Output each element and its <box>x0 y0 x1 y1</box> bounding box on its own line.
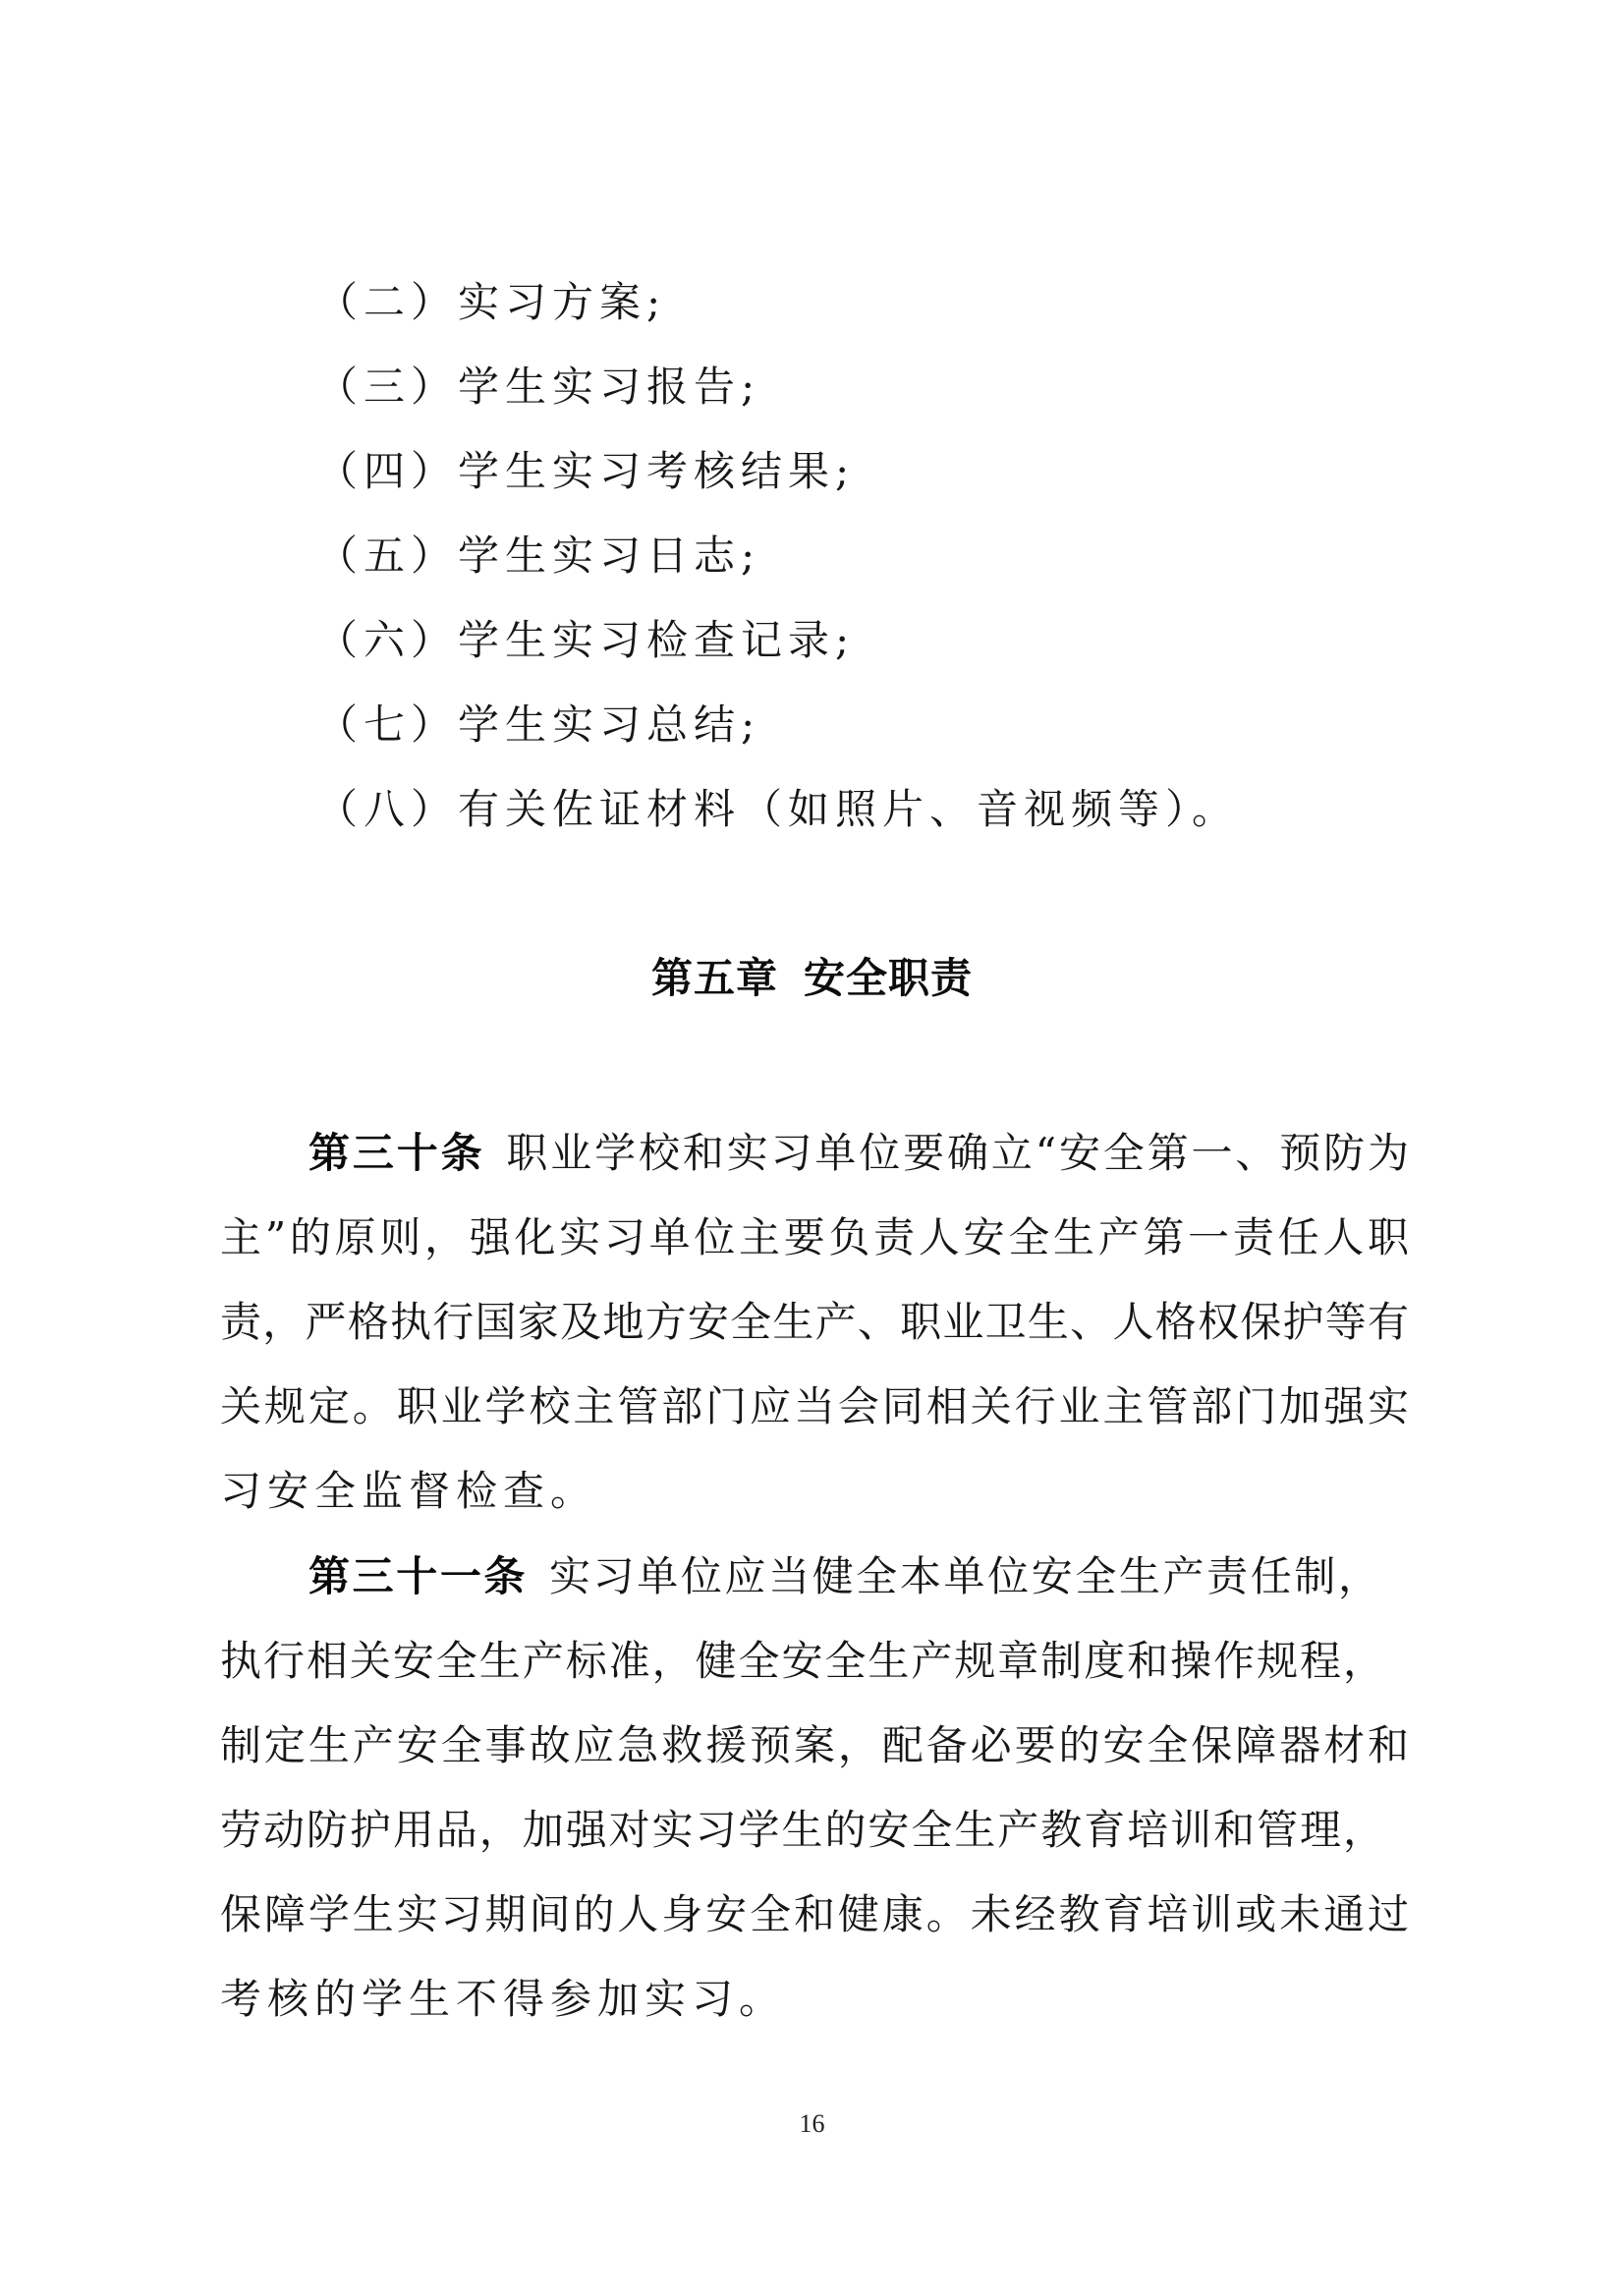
paragraph-line: 第三十一条实习单位应当健全本单位安全生产责任制， <box>308 1549 1379 1604</box>
paragraph-line: 第三十条职业学校和实习单位要确立“安全第一、预防为 <box>308 1126 1409 1181</box>
chapter-title: 安全职责 <box>804 954 973 1002</box>
paragraph-line: 保障学生实习期间的人身安全和健康。未经教育培训或未通过 <box>220 1887 1409 1942</box>
paragraph-line: 执行相关安全生产标准，健全安全生产规章制度和操作规程， <box>220 1634 1384 1689</box>
document-page: （二）实习方案; （三）学生实习报告; （四）学生实习考核结果; （五）学生实习… <box>0 0 1624 2296</box>
chapter-heading: 第五章安全职责 <box>0 951 1624 1006</box>
list-item: （三）学生实习报告; <box>316 360 760 415</box>
list-item: （四）学生实习考核结果; <box>316 444 855 499</box>
list-item: （七）学生实习总结; <box>316 698 760 753</box>
article-text: 实习单位应当健全本单位安全生产责任制， <box>549 1552 1379 1600</box>
list-item: （八）有关佐证材料（如照片、音视频等）。 <box>316 782 1239 837</box>
list-item: （二）实习方案; <box>316 275 666 330</box>
paragraph-line: 关规定。职业学校主管部门应当会同相关行业主管部门加强实 <box>220 1379 1409 1434</box>
list-item: （六）学生实习检查记录; <box>316 613 855 668</box>
paragraph-line: 考核的学生不得参加实习。 <box>220 1972 1409 2027</box>
paragraph-line: 习安全监督检查。 <box>220 1464 1409 1519</box>
paragraph-line: 主”的原则，强化实习单位主要负责人安全生产第一责任人职 <box>220 1210 1409 1265</box>
article-label: 第三十条 <box>308 1129 484 1177</box>
list-item: （五）学生实习日志; <box>316 529 760 584</box>
paragraph-line: 劳动防护用品，加强对实习学生的安全生产教育培训和管理， <box>220 1803 1384 1858</box>
paragraph-line: 制定生产安全事故应急救援预案，配备必要的安全保障器材和 <box>220 1718 1409 1773</box>
paragraph-line: 责，严格执行国家及地方安全生产、职业卫生、人格权保护等有 <box>220 1295 1409 1350</box>
chapter-number: 第五章 <box>651 954 778 1002</box>
article-text: 职业学校和实习单位要确立“安全第一、预防为 <box>506 1129 1409 1177</box>
article-label: 第三十一条 <box>308 1552 528 1600</box>
page-number: 16 <box>0 2107 1624 2141</box>
